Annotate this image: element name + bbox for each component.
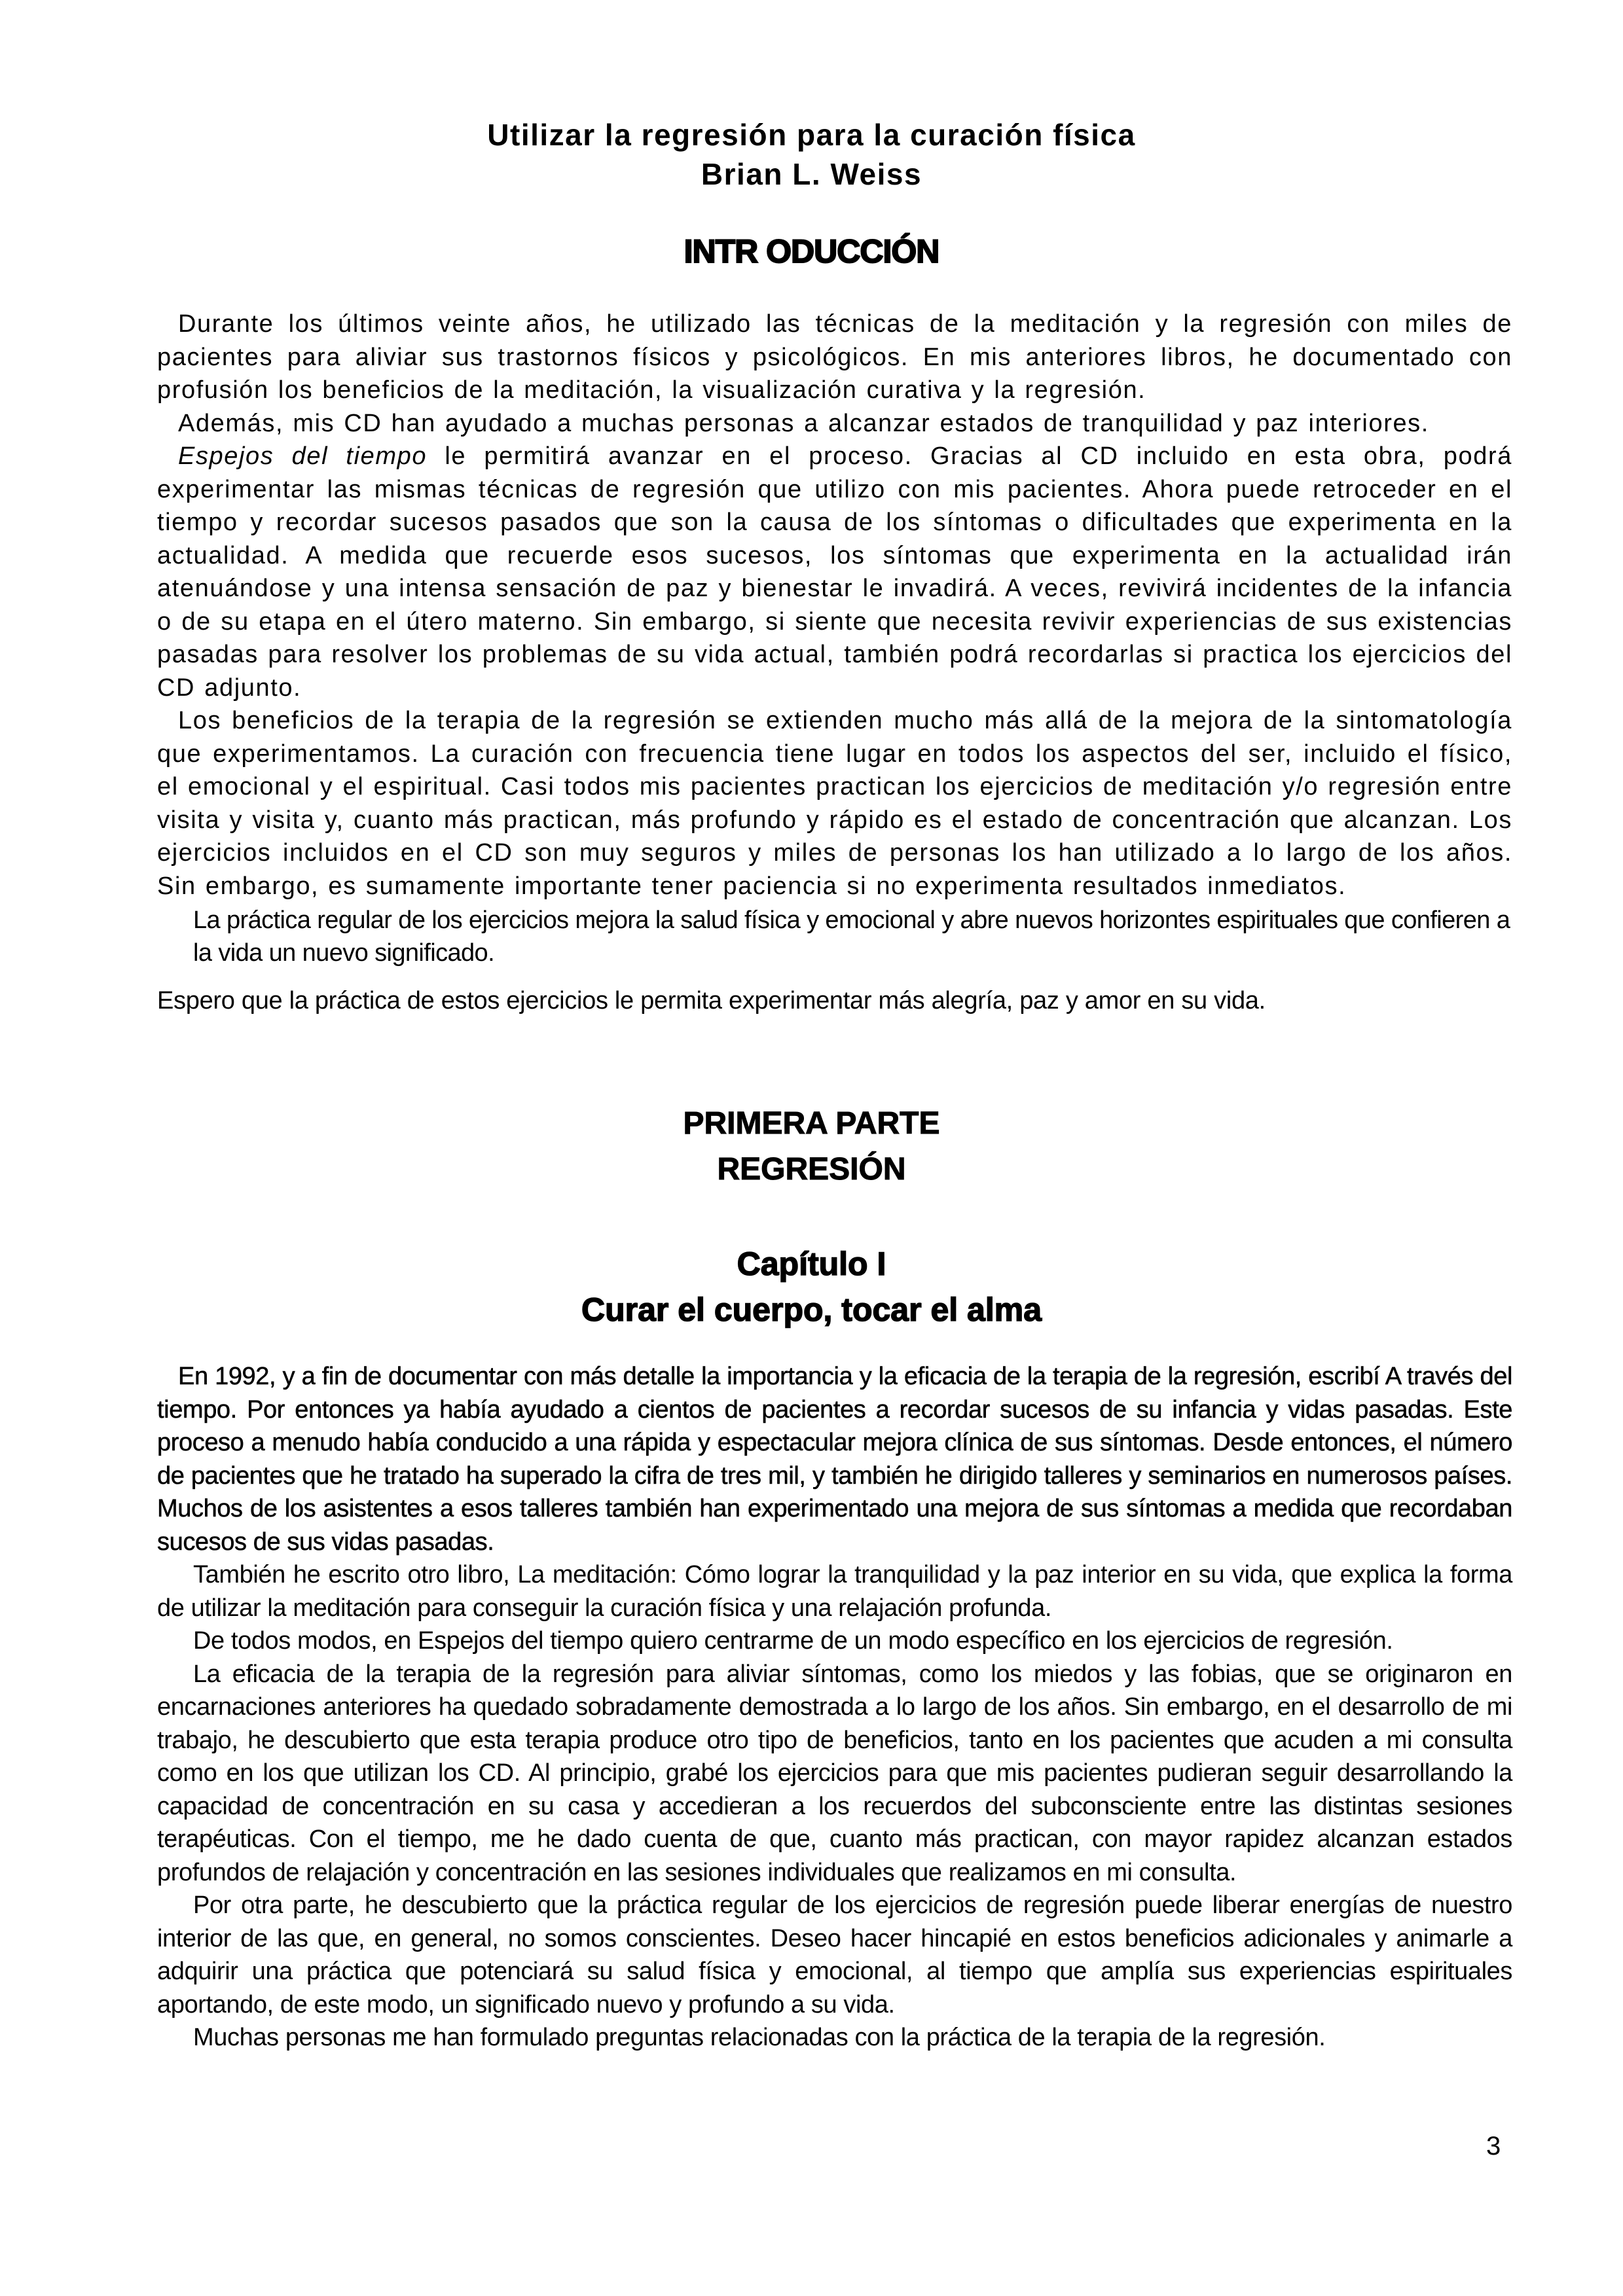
chapter-paragraph: De todos modos, en Espejos del tiempo qu… <box>157 1624 1512 1658</box>
chapter-number: Capítulo I <box>0 1241 1623 1287</box>
chapter-paragraph: En 1992, y a fin de documentar con más d… <box>157 1360 1512 1558</box>
part-subheading: REGRESIÓN <box>0 1147 1623 1193</box>
intro-paragraph: Además, mis CD han ayudado a muchas pers… <box>157 407 1512 440</box>
intro-paragraph: Espejos del tiempo le permitirá avanzar … <box>157 440 1512 704</box>
chapter-paragraph: La eficacia de la terapia de la regresió… <box>157 1658 1512 1890</box>
chapter-paragraph: También he escrito otro libro, La medita… <box>157 1558 1512 1624</box>
highlight-paragraph: La práctica regular de los ejercicios me… <box>193 904 1512 969</box>
intro-paragraph: Durante los últimos veinte años, he util… <box>157 308 1512 407</box>
part-heading: PRIMERA PARTE <box>0 1101 1623 1147</box>
intro-paragraph-text: le permitirá avanzar en el proceso. Grac… <box>157 442 1512 702</box>
closing-sentence: Espero que la práctica de estos ejercici… <box>157 984 1266 1017</box>
chapter-title: Curar el cuerpo, tocar el alma <box>0 1287 1623 1333</box>
document-author: Brian L. Weiss <box>0 154 1623 194</box>
introduction-body: Durante los últimos veinte años, he util… <box>157 308 1512 903</box>
chapter-paragraph: Muchas personas me han formulado pregunt… <box>157 2021 1512 2054</box>
page-number: 3 <box>1486 2130 1501 2162</box>
chapter-body: En 1992, y a fin de documentar con más d… <box>157 1360 1512 2054</box>
introduction-heading: INTR ODUCCIÓN <box>0 230 1623 272</box>
chapter-paragraph: Por otra parte, he descubierto que la pr… <box>157 1889 1512 2021</box>
document-title: Utilizar la regresión para la curación f… <box>0 115 1623 154</box>
intro-paragraph: Los beneficios de la terapia de la regre… <box>157 704 1512 903</box>
book-title-italic: Espejos del tiempo <box>178 442 427 470</box>
document-page: Utilizar la regresión para la curación f… <box>0 0 1623 2296</box>
